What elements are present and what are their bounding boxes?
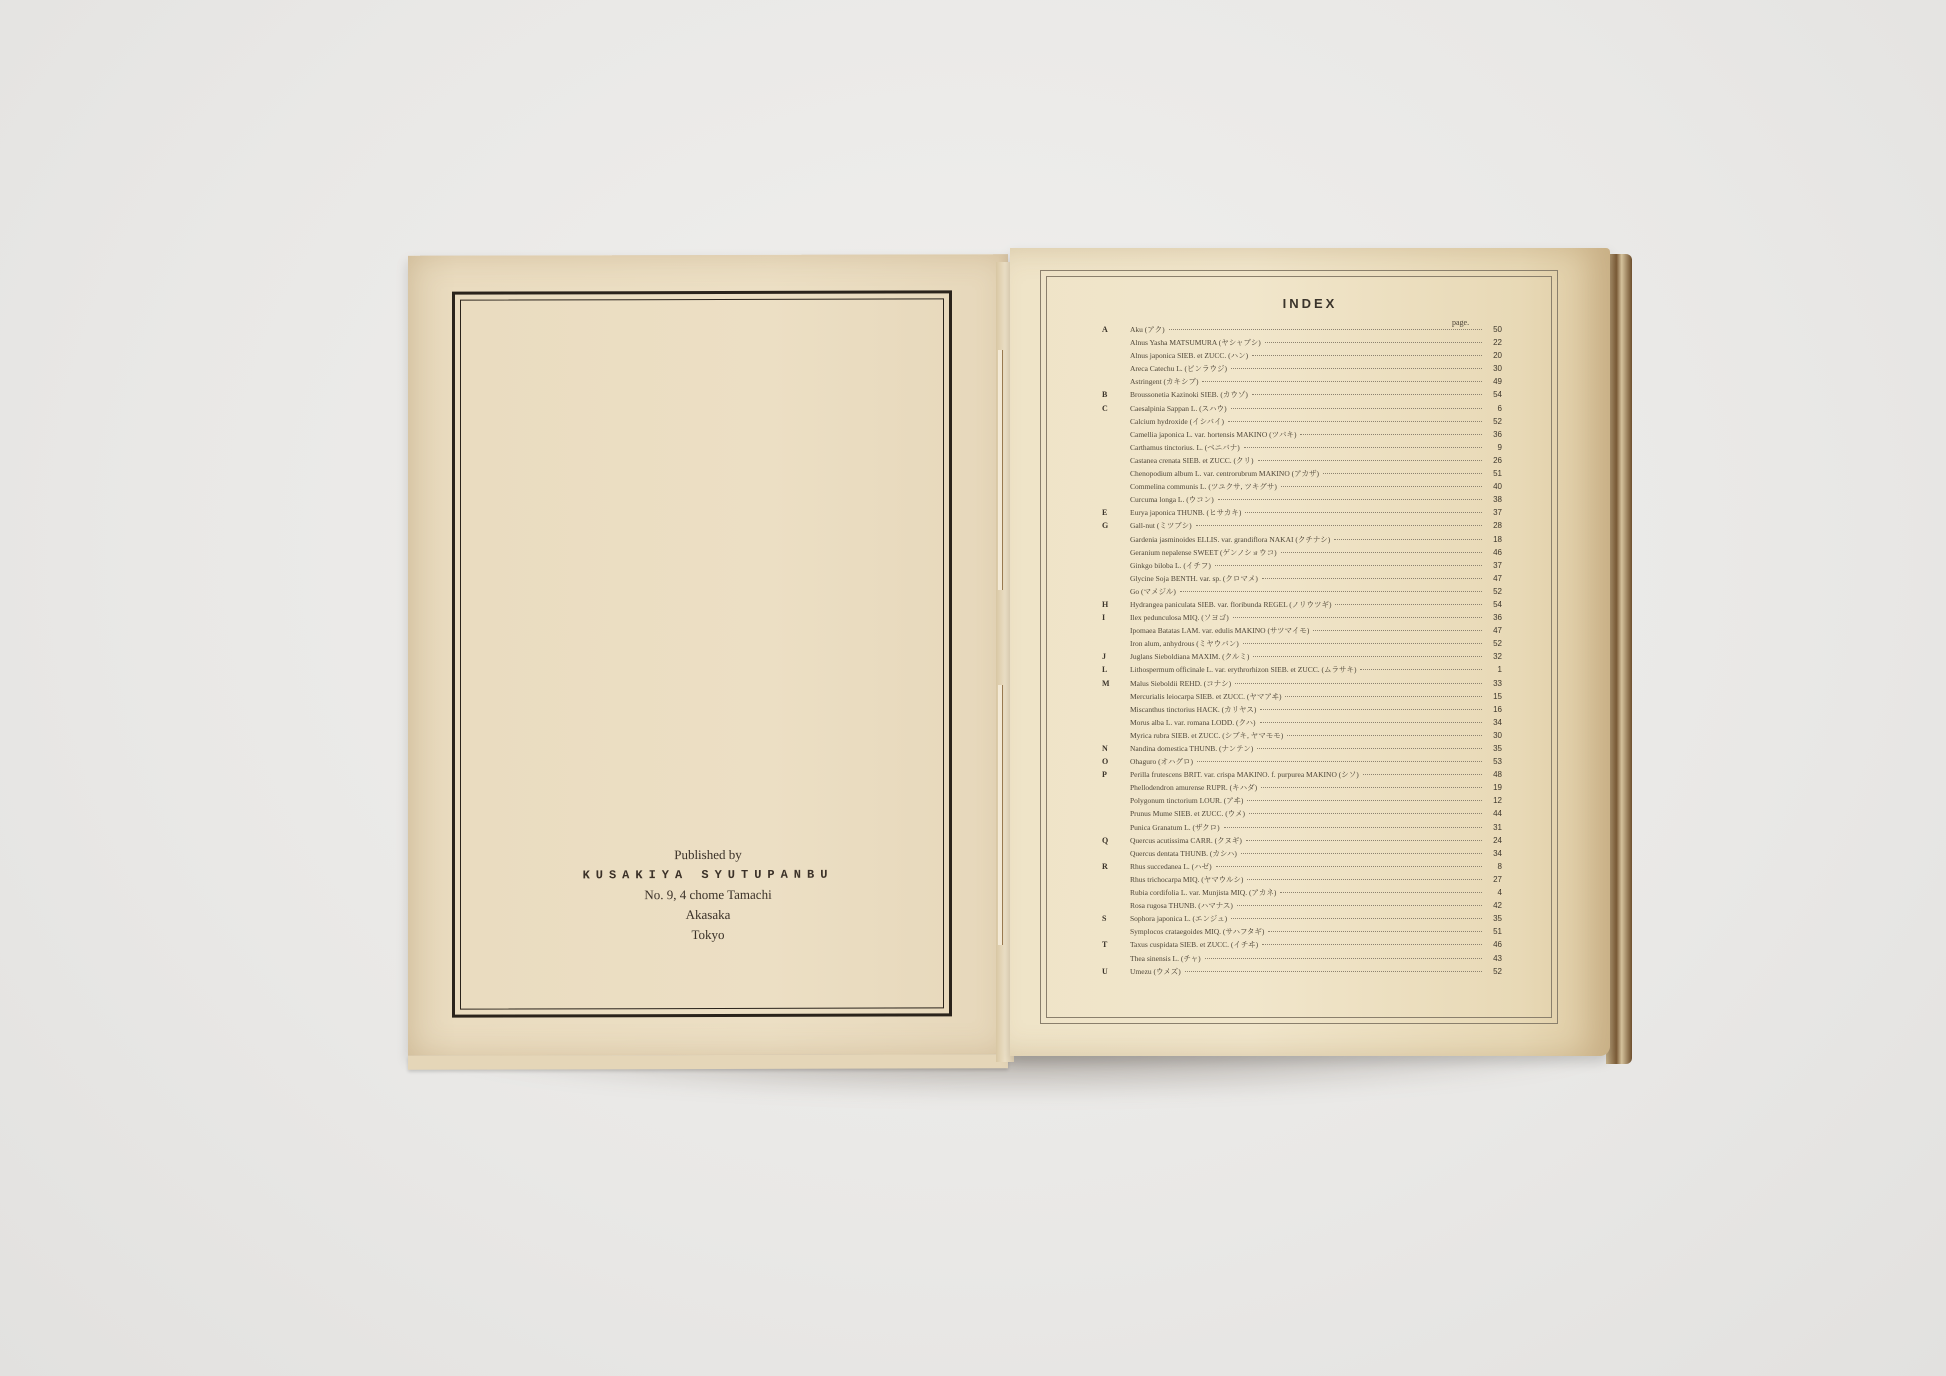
leader-dots xyxy=(1287,735,1482,736)
index-page-number: 38 xyxy=(1486,495,1502,504)
index-letter: A xyxy=(1102,325,1130,334)
index-entry-name: Glycine Soja BENTH. var. sp. (クロマメ) xyxy=(1130,573,1258,584)
index-page-number: 8 xyxy=(1486,862,1502,871)
index-letter: Q xyxy=(1102,836,1130,845)
index-page-number: 43 xyxy=(1486,954,1502,963)
index-entry-name: Malus Sieboldii REHD. (コナシ) xyxy=(1130,678,1231,689)
leader-dots xyxy=(1197,761,1482,762)
index-page-number: 4 xyxy=(1486,888,1502,897)
leader-dots xyxy=(1313,630,1482,631)
colophon-address: No. 9, 4 chome Tamachi xyxy=(408,884,1008,906)
leader-dots xyxy=(1247,879,1482,880)
index-entry: Quercus dentata THUNB. (カシハ)34 xyxy=(1102,848,1502,861)
index-page-number: 34 xyxy=(1486,849,1502,858)
index-entry: AAku (アク)50 xyxy=(1102,324,1502,337)
leader-dots xyxy=(1363,774,1482,775)
index-entry: Prunus Mume SIEB. et ZUCC. (ウメ)44 xyxy=(1102,808,1502,821)
leader-dots xyxy=(1180,591,1482,592)
index-entry-name: Castanea crenata SIEB. et ZUCC. (クリ) xyxy=(1130,455,1254,466)
leader-dots xyxy=(1196,525,1482,526)
index-entry: MMalus Sieboldii REHD. (コナシ)33 xyxy=(1102,678,1502,691)
index-page-number: 16 xyxy=(1486,705,1502,714)
index-entry: UUmezu (ウメズ)52 xyxy=(1102,966,1502,979)
index-page-number: 26 xyxy=(1486,456,1502,465)
index-page-number: 44 xyxy=(1486,809,1502,818)
index-letter: N xyxy=(1102,744,1130,753)
colophon-district: Akasaka xyxy=(408,904,1008,926)
binding-stitch xyxy=(998,350,1003,590)
index-page-number: 53 xyxy=(1486,757,1502,766)
index-entry-name: Areca Catechu L. (ビンラウジ) xyxy=(1130,363,1227,374)
index-entry-name: Symplocos crataegoides MIQ. (サハフタギ) xyxy=(1130,926,1264,937)
leader-dots xyxy=(1231,368,1482,369)
index-entry-name: Ohaguro (オハグロ) xyxy=(1130,756,1193,767)
colophon-city: Tokyo xyxy=(408,924,1008,946)
index-entry: Glycine Soja BENTH. var. sp. (クロマメ)47 xyxy=(1102,573,1502,586)
index-page-number: 22 xyxy=(1486,338,1502,347)
leader-dots xyxy=(1224,827,1482,828)
index-page-number: 52 xyxy=(1486,587,1502,596)
index-letter: I xyxy=(1102,613,1130,622)
index-page-number: 51 xyxy=(1486,927,1502,936)
index-entry: Miscanthus tinctorius HACK. (カリヤス)16 xyxy=(1102,704,1502,717)
index-entry-name: Miscanthus tinctorius HACK. (カリヤス) xyxy=(1130,704,1256,715)
index-letter: U xyxy=(1102,967,1130,976)
index-entry: Ginkgo biloba L. (イチフ)37 xyxy=(1102,560,1502,573)
leader-dots xyxy=(1249,813,1482,814)
index-entry-name: Rhus succedanea L. (ハゼ) xyxy=(1130,861,1212,872)
binding-stitch xyxy=(998,685,1003,945)
index-entry-name: Calcium hydroxide (イシバイ) xyxy=(1130,416,1224,427)
index-entry: PPerilla frutescens BRIT. var. crispa MA… xyxy=(1102,769,1502,782)
index-entry: BBroussonetia Kazinoki SIEB. (カウゾ)54 xyxy=(1102,389,1502,402)
index-page-number: 30 xyxy=(1486,364,1502,373)
index-entry-name: Quercus acutissima CARR. (クヌギ) xyxy=(1130,835,1242,846)
index-page-number: 31 xyxy=(1486,823,1502,832)
index-letter: P xyxy=(1102,770,1130,779)
leader-dots xyxy=(1241,853,1482,854)
index-letter: B xyxy=(1102,390,1130,399)
index-entry: Rubia cordifolia L. var. Munjista MIQ. (… xyxy=(1102,887,1502,900)
leader-dots xyxy=(1281,552,1482,553)
index-page-number: 40 xyxy=(1486,482,1502,491)
left-page: Published by KUSAKIYA SYUTUPANBU No. 9, … xyxy=(408,254,1008,1056)
index-entry-name: Sophora japonica L. (エンジュ) xyxy=(1130,913,1227,924)
index-page-number: 47 xyxy=(1486,626,1502,635)
right-page-index: INDEX page. AAku (アク)50Alnus Yasha MATSU… xyxy=(1010,248,1610,1056)
leader-dots xyxy=(1258,460,1482,461)
index-entry: Camellia japonica L. var. hortensis MAKI… xyxy=(1102,429,1502,442)
index-page-number: 52 xyxy=(1486,967,1502,976)
index-page-number: 34 xyxy=(1486,718,1502,727)
index-page-number: 42 xyxy=(1486,901,1502,910)
index-entry-name: Eurya japonica THUNB. (ヒサカキ) xyxy=(1130,507,1241,518)
index-entry-name: Iron alum, anhydrous (ミヤウバン) xyxy=(1130,638,1239,649)
index-page-number: 33 xyxy=(1486,679,1502,688)
index-entry: Alnus Yasha MATSUMURA (ヤシャブシ)22 xyxy=(1102,337,1502,350)
index-page-number: 36 xyxy=(1486,613,1502,622)
index-entry: Iron alum, anhydrous (ミヤウバン)52 xyxy=(1102,638,1502,651)
index-entry-name: Morus alba L. var. romana LODD. (クハ) xyxy=(1130,717,1256,728)
leader-dots xyxy=(1281,486,1482,487)
index-entry-name: Curcuma longa L. (ウコン) xyxy=(1130,494,1214,505)
index-entry-name: Astringent (カキシブ) xyxy=(1130,376,1198,387)
index-title: INDEX xyxy=(1010,296,1610,311)
leader-dots xyxy=(1185,971,1482,972)
index-entry-name: Thea sinensis L. (チャ) xyxy=(1130,953,1201,964)
index-entry: Phellodendron amurense RUPR. (キハダ)19 xyxy=(1102,782,1502,795)
leader-dots xyxy=(1265,342,1482,343)
index-entry: Carthamus tinctorius. L. (ベニバナ)9 xyxy=(1102,442,1502,455)
index-entry: Rosa rugosa THUNB. (ハマナス)42 xyxy=(1102,900,1502,913)
index-entry: Curcuma longa L. (ウコン)38 xyxy=(1102,494,1502,507)
leader-dots xyxy=(1260,709,1482,710)
index-page-number: 54 xyxy=(1486,390,1502,399)
leader-dots xyxy=(1260,722,1482,723)
index-page-number: 50 xyxy=(1486,325,1502,334)
index-entry-name: Juglans Sieboldiana MAXIM. (クルミ) xyxy=(1130,651,1249,662)
index-page-number: 46 xyxy=(1486,940,1502,949)
index-page-number: 52 xyxy=(1486,417,1502,426)
index-letter: J xyxy=(1102,652,1130,661)
index-entry: JJuglans Sieboldiana MAXIM. (クルミ)32 xyxy=(1102,651,1502,664)
index-entry: OOhaguro (オハグロ)53 xyxy=(1102,756,1502,769)
index-entry: RRhus succedanea L. (ハゼ)8 xyxy=(1102,861,1502,874)
leader-dots xyxy=(1235,683,1482,684)
index-letter: L xyxy=(1102,665,1130,674)
index-entry: Mercurialis leiocarpa SIEB. et ZUCC. (ヤマ… xyxy=(1102,691,1502,704)
index-page-number: 15 xyxy=(1486,692,1502,701)
index-entry-name: Lithospermum officinale L. var. erythror… xyxy=(1130,664,1356,675)
leader-dots xyxy=(1231,408,1482,409)
index-entry-name: Go (マメジル) xyxy=(1130,586,1176,597)
index-entry: SSophora japonica L. (エンジュ)35 xyxy=(1102,913,1502,926)
index-entry-name: Caesalpinia Sappan L. (スハウ) xyxy=(1130,403,1227,414)
index-entry-name: Commelina communis L. (ツユクサ, ツキグサ) xyxy=(1130,481,1277,492)
index-page-number: 19 xyxy=(1486,783,1502,792)
index-entry-name: Taxus cuspidata SIEB. et ZUCC. (イチヰ) xyxy=(1130,939,1258,950)
index-entry-name: Aku (アク) xyxy=(1130,324,1165,335)
index-entry-name: Ipomaea Batatas LAM. var. edulis MAKINO … xyxy=(1130,625,1309,636)
index-page-number: 52 xyxy=(1486,639,1502,648)
index-entry-name: Chenopodium album L. var. centrorubrum M… xyxy=(1130,468,1319,479)
index-entry: Chenopodium album L. var. centrorubrum M… xyxy=(1102,468,1502,481)
colophon-published-by: Published by xyxy=(408,844,1008,866)
index-entry: Myrica rubra SIEB. et ZUCC. (シブキ, ヤマモモ)3… xyxy=(1102,730,1502,743)
index-entry-name: Hydrangea paniculata SIEB. var. floribun… xyxy=(1130,599,1331,610)
leader-dots xyxy=(1268,931,1482,932)
index-entry-name: Broussonetia Kazinoki SIEB. (カウゾ) xyxy=(1130,389,1248,400)
index-entry-name: Rubia cordifolia L. var. Munjista MIQ. (… xyxy=(1130,887,1276,898)
index-entry-name: Polygonum tinctorium LOUR. (アヰ) xyxy=(1130,795,1243,806)
index-entry: Go (マメジル)52 xyxy=(1102,586,1502,599)
leader-dots xyxy=(1323,473,1482,474)
index-letter: R xyxy=(1102,862,1130,871)
index-letter: T xyxy=(1102,940,1130,949)
index-entry: Polygonum tinctorium LOUR. (アヰ)12 xyxy=(1102,795,1502,808)
index-page-number: 35 xyxy=(1486,744,1502,753)
leader-dots xyxy=(1231,918,1482,919)
index-entry-name: Phellodendron amurense RUPR. (キハダ) xyxy=(1130,782,1257,793)
index-page-number: 6 xyxy=(1486,404,1502,413)
index-entry: TTaxus cuspidata SIEB. et ZUCC. (イチヰ)46 xyxy=(1102,939,1502,952)
index-entry-name: Myrica rubra SIEB. et ZUCC. (シブキ, ヤマモモ) xyxy=(1130,730,1283,741)
leader-dots xyxy=(1280,892,1482,893)
leader-dots xyxy=(1216,866,1482,867)
index-entry-name: Nandina domestica THUNB. (ナンテン) xyxy=(1130,743,1253,754)
index-entry: Areca Catechu L. (ビンラウジ)30 xyxy=(1102,363,1502,376)
index-page-number: 18 xyxy=(1486,535,1502,544)
index-entry: Alnus japonica SIEB. et ZUCC. (ハン)20 xyxy=(1102,350,1502,363)
index-entry-name: Carthamus tinctorius. L. (ベニバナ) xyxy=(1130,442,1240,453)
index-entry: Punica Granatum L. (ザクロ)31 xyxy=(1102,822,1502,835)
index-entry: Rhus trichocarpa MIQ. (ヤマウルシ)27 xyxy=(1102,874,1502,887)
index-page-number: 37 xyxy=(1486,561,1502,570)
index-letter: O xyxy=(1102,757,1130,766)
index-page-number: 49 xyxy=(1486,377,1502,386)
index-entry: Gardenia jasminoides ELLIS. var. grandif… xyxy=(1102,534,1502,547)
leader-dots xyxy=(1262,578,1482,579)
leader-dots xyxy=(1285,696,1482,697)
leader-dots xyxy=(1243,643,1482,644)
index-entry-name: Prunus Mume SIEB. et ZUCC. (ウメ) xyxy=(1130,808,1245,819)
index-entry: Ipomaea Batatas LAM. var. edulis MAKINO … xyxy=(1102,625,1502,638)
index-page-number: 36 xyxy=(1486,430,1502,439)
leader-dots xyxy=(1334,539,1482,540)
index-page-number: 46 xyxy=(1486,548,1502,557)
index-entry-name: Mercurialis leiocarpa SIEB. et ZUCC. (ヤマ… xyxy=(1130,691,1281,702)
index-entry: Thea sinensis L. (チャ)43 xyxy=(1102,953,1502,966)
index-page-number: 32 xyxy=(1486,652,1502,661)
leader-dots xyxy=(1237,905,1482,906)
leader-dots xyxy=(1300,434,1482,435)
leader-dots xyxy=(1262,944,1482,945)
index-page-number: 28 xyxy=(1486,521,1502,530)
leader-dots xyxy=(1233,617,1482,618)
index-entry-name: Gardenia jasminoides ELLIS. var. grandif… xyxy=(1130,534,1330,545)
index-entry-name: Geranium nepalense SWEET (ゲンノショウコ) xyxy=(1130,547,1277,558)
leader-dots xyxy=(1360,669,1482,670)
leader-dots xyxy=(1252,355,1482,356)
index-entry-name: Gall-nut (ミツブシ) xyxy=(1130,520,1192,531)
index-page-number: 24 xyxy=(1486,836,1502,845)
index-entry-name: Quercus dentata THUNB. (カシハ) xyxy=(1130,848,1237,859)
index-entry-name: Ginkgo biloba L. (イチフ) xyxy=(1130,560,1211,571)
index-entry-name: Alnus Yasha MATSUMURA (ヤシャブシ) xyxy=(1130,337,1261,348)
index-entry: LLithospermum officinale L. var. erythro… xyxy=(1102,664,1502,677)
index-entry: Castanea crenata SIEB. et ZUCC. (クリ)26 xyxy=(1102,455,1502,468)
index-entry: Calcium hydroxide (イシバイ)52 xyxy=(1102,416,1502,429)
index-entry: CCaesalpinia Sappan L. (スハウ)6 xyxy=(1102,403,1502,416)
leader-dots xyxy=(1261,787,1482,788)
index-list: AAku (アク)50Alnus Yasha MATSUMURA (ヤシャブシ)… xyxy=(1102,324,1502,979)
index-page-number: 37 xyxy=(1486,508,1502,517)
leader-dots xyxy=(1246,840,1482,841)
index-entry-name: Rosa rugosa THUNB. (ハマナス) xyxy=(1130,900,1233,911)
index-entry: Symplocos crataegoides MIQ. (サハフタギ)51 xyxy=(1102,926,1502,939)
index-entry: Morus alba L. var. romana LODD. (クハ)34 xyxy=(1102,717,1502,730)
index-letter: S xyxy=(1102,914,1130,923)
index-page-number: 47 xyxy=(1486,574,1502,583)
index-entry: GGall-nut (ミツブシ)28 xyxy=(1102,520,1502,533)
leader-dots xyxy=(1218,499,1482,500)
leader-dots xyxy=(1205,958,1482,959)
index-page-number: 30 xyxy=(1486,731,1502,740)
index-page-number: 54 xyxy=(1486,600,1502,609)
index-entry: EEurya japonica THUNB. (ヒサカキ)37 xyxy=(1102,507,1502,520)
leader-dots xyxy=(1202,381,1482,382)
index-letter: G xyxy=(1102,521,1130,530)
index-entry: HHydrangea paniculata SIEB. var. floribu… xyxy=(1102,599,1502,612)
colophon-publisher: KUSAKIYA SYUTUPANBU xyxy=(408,864,1008,886)
index-entry-name: Punica Granatum L. (ザクロ) xyxy=(1130,822,1220,833)
index-entry: QQuercus acutissima CARR. (クヌギ)24 xyxy=(1102,835,1502,848)
index-page-number: 35 xyxy=(1486,914,1502,923)
index-entry-name: Rhus trichocarpa MIQ. (ヤマウルシ) xyxy=(1130,874,1243,885)
index-entry-name: Umezu (ウメズ) xyxy=(1130,966,1181,977)
index-letter: E xyxy=(1102,508,1130,517)
index-entry-name: Ilex pedunculosa MIQ. (ソヨゴ) xyxy=(1130,612,1229,623)
leader-dots xyxy=(1244,447,1482,448)
index-letter: M xyxy=(1102,679,1130,688)
leader-dots xyxy=(1257,748,1482,749)
colophon: Published by KUSAKIYA SYUTUPANBU No. 9, … xyxy=(408,844,1008,946)
index-entry-name: Camellia japonica L. var. hortensis MAKI… xyxy=(1130,429,1296,440)
index-page-number: 1 xyxy=(1486,665,1502,674)
index-page-number: 48 xyxy=(1486,770,1502,779)
leader-dots xyxy=(1247,800,1482,801)
index-page-number: 27 xyxy=(1486,875,1502,884)
index-page-number: 20 xyxy=(1486,351,1502,360)
leader-dots xyxy=(1228,421,1482,422)
index-entry: Commelina communis L. (ツユクサ, ツキグサ)40 xyxy=(1102,481,1502,494)
index-entry-name: Perilla frutescens BRIT. var. crispa MAK… xyxy=(1130,769,1359,780)
index-letter: H xyxy=(1102,600,1130,609)
leader-dots xyxy=(1252,394,1482,395)
index-entry: NNandina domestica THUNB. (ナンテン)35 xyxy=(1102,743,1502,756)
index-entry: Astringent (カキシブ)49 xyxy=(1102,376,1502,389)
index-page-number: 12 xyxy=(1486,796,1502,805)
index-entry: Geranium nepalense SWEET (ゲンノショウコ)46 xyxy=(1102,547,1502,560)
leader-dots xyxy=(1253,656,1482,657)
index-page-number: 51 xyxy=(1486,469,1502,478)
index-entry-name: Alnus japonica SIEB. et ZUCC. (ハン) xyxy=(1130,350,1248,361)
index-entry: IIlex pedunculosa MIQ. (ソヨゴ)36 xyxy=(1102,612,1502,625)
leader-dots xyxy=(1245,512,1482,513)
leader-dots xyxy=(1169,329,1482,330)
index-letter: C xyxy=(1102,404,1130,413)
leader-dots xyxy=(1335,604,1482,605)
index-page-number: 9 xyxy=(1486,443,1502,452)
leader-dots xyxy=(1215,565,1482,566)
